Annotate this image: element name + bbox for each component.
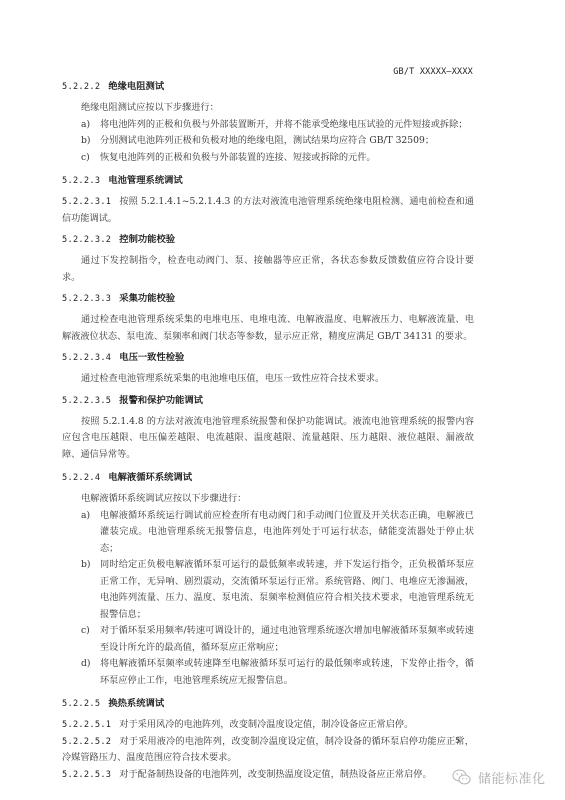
section-number: 5.2.2.5.2	[62, 737, 111, 747]
list-marker: a)	[81, 508, 90, 525]
section-title: 采集功能校验	[119, 293, 175, 304]
section-number: 5.2.2.5.1	[62, 720, 111, 730]
list-item: a)将电池阵列的正极和负极与外部装置断开，并将不能承受绝缘电压试验的元件短接或拆…	[62, 117, 474, 134]
heading-5-2-2-5: 5.2.2.5换热系统调试	[62, 697, 474, 711]
list-marker: c)	[81, 150, 90, 167]
numbered-paragraph: 5.2.2.3.1按照 5.2.1.4.1~5.2.1.4.3 的方法对液流电池…	[62, 194, 474, 227]
paragraph-text: 对于采用风冷的电池阵列，改变制冷温度设定值，制冷设备应正常启停。	[119, 719, 413, 730]
section-title: 换热系统调试	[108, 698, 164, 709]
list-item: b)分别测试电池阵列正极和负极对地的绝缘电阻，测试结果均应符合 GB/T 325…	[62, 133, 474, 150]
list-text: 电解液循环系统运行调试前应检查所有电动阀门和手动阀门位置及开关状态正确，电解液已…	[100, 510, 474, 554]
list-item: c)对于循环泵采用频率/转速可调设计的，通过电池管理系统逐次增加电解液循环泵频率…	[62, 623, 474, 656]
standard-code-header: GB/T XXXXX—XXXX	[62, 67, 473, 77]
list-marker: a)	[81, 117, 90, 134]
list-text: 同时给定正负极电解液循环泵可运行的最低频率或转速，并下发运行指令，正负极循环泵应…	[100, 559, 474, 620]
list-marker: b)	[81, 557, 90, 574]
heading-5-2-2-3-2: 5.2.2.3.2控制功能校验	[62, 233, 474, 247]
list-item: b)同时给定正负极电解液循环泵可运行的最低频率或转速，并下发运行指令，正负极循环…	[62, 557, 474, 623]
section-title: 报警和保护功能调试	[119, 395, 203, 406]
section-title: 绝缘电阻测试	[108, 81, 164, 92]
section-number: 5.2.2.4	[62, 473, 100, 483]
page-number: 5	[455, 736, 460, 745]
list-marker: b)	[81, 133, 90, 150]
watermark: 储能标准化	[452, 768, 546, 787]
section-number: 5.2.2.3	[62, 176, 100, 186]
paragraph: 通过检查电池管理系统采集的电池堆电压值，电压一致性应符合技术要求。	[62, 371, 474, 388]
section-number: 5.2.2.3.1	[62, 197, 111, 207]
list-item: c)恢复电池阵列的正极和负极与外部装置的连接、短接或拆除的元件。	[62, 150, 474, 167]
paragraph: 通过下发控制指令，检查电动阀门、泵、接触器等应正常，各状态参数反馈数值应符合设计…	[62, 253, 474, 286]
paragraph: 绝缘电阻测试应按以下步骤进行：	[62, 100, 474, 117]
numbered-paragraph: 5.2.2.5.3对于配备制热设备的电池阵列，改变制热温度设定值，制热设备应正常…	[62, 767, 474, 784]
list-text: 将电解液循环泵频率或转速降至电解液循环泵可运行的最低频率或转速，下发停止指令，循…	[100, 658, 474, 686]
heading-5-2-2-3-5: 5.2.2.3.5报警和保护功能调试	[62, 394, 474, 408]
document-page: GB/T XXXXX—XXXX 5.2.2.2绝缘电阻测试 绝缘电阻测试应按以下…	[0, 0, 565, 800]
section-title: 电解液循环系统调试	[108, 472, 192, 483]
section-number: 5.2.2.5.3	[62, 770, 111, 780]
numbered-paragraph: 5.2.2.5.1对于采用风冷的电池阵列，改变制冷温度设定值，制冷设备应正常启停…	[62, 717, 474, 734]
list-marker: d)	[81, 656, 90, 673]
section-number: 5.2.2.3.3	[62, 294, 111, 304]
paragraph: 通过检查电池管理系统采集的电堆电压、电堆电流、电解液温度、电解液压力、电解液流量…	[62, 312, 474, 345]
section-number: 5.2.2.3.2	[62, 235, 111, 245]
list-text: 分别测试电池阵列正极和负极对地的绝缘电阻，测试结果均应符合 GB/T 32509…	[100, 135, 434, 146]
list-item: a)电解液循环系统运行调试前应检查所有电动阀门和手动阀门位置及开关状态正确，电解…	[62, 508, 474, 558]
heading-5-2-2-3-3: 5.2.2.3.3采集功能校验	[62, 292, 474, 306]
paragraph-text: 对于采用液冷的电池阵列，改变制冷温度设定值，制冷设备的循环泵启停功能应正常，冷媒…	[62, 736, 474, 764]
paragraph-text: 对于配备制热设备的电池阵列，改变制热温度设定值，制热设备应正常启停。	[119, 769, 431, 780]
heading-5-2-2-2: 5.2.2.2绝缘电阻测试	[62, 80, 474, 94]
paragraph: 电解液循环系统调试应按以下步骤进行：	[62, 491, 474, 508]
heading-5-2-2-3: 5.2.2.3电池管理系统调试	[62, 174, 474, 188]
list-text: 对于循环泵采用频率/转速可调设计的，通过电池管理系统逐次增加电解液循环泵频率或转…	[100, 625, 474, 653]
list-text: 恢复电池阵列的正极和负极与外部装置的连接、短接或拆除的元件。	[100, 152, 376, 163]
section-title: 控制功能校验	[119, 234, 175, 245]
watermark-text: 储能标准化	[478, 768, 546, 787]
section-number: 5.2.2.5	[62, 699, 100, 709]
wechat-icon	[452, 769, 472, 786]
page-content: 5.2.2.2绝缘电阻测试 绝缘电阻测试应按以下步骤进行： a)将电池阵列的正极…	[62, 80, 474, 783]
section-number: 5.2.2.3.5	[62, 396, 111, 406]
section-title: 电压一致性检验	[119, 352, 184, 363]
section-number: 5.2.2.3.4	[62, 353, 111, 363]
heading-5-2-2-4: 5.2.2.4电解液循环系统调试	[62, 471, 474, 485]
paragraph-text: 按照 5.2.1.4.1~5.2.1.4.3 的方法对液流电池管理系统绝缘电阻检…	[62, 196, 474, 224]
list-item: d)将电解液循环泵频率或转速降至电解液循环泵可运行的最低频率或转速，下发停止指令…	[62, 656, 474, 689]
heading-5-2-2-3-4: 5.2.2.3.4电压一致性检验	[62, 351, 474, 365]
list-marker: c)	[81, 623, 90, 640]
section-title: 电池管理系统调试	[108, 175, 182, 186]
paragraph: 按照 5.2.1.4.8 的方法对液流电池管理系统报警和保护功能调试。液流电池管…	[62, 414, 474, 464]
list-text: 将电池阵列的正极和负极与外部装置断开，并将不能承受绝缘电压试验的元件短接或拆除；	[100, 119, 468, 130]
numbered-paragraph: 5.2.2.5.2对于采用液冷的电池阵列，改变制冷温度设定值，制冷设备的循环泵启…	[62, 734, 474, 767]
section-number: 5.2.2.2	[62, 82, 100, 92]
